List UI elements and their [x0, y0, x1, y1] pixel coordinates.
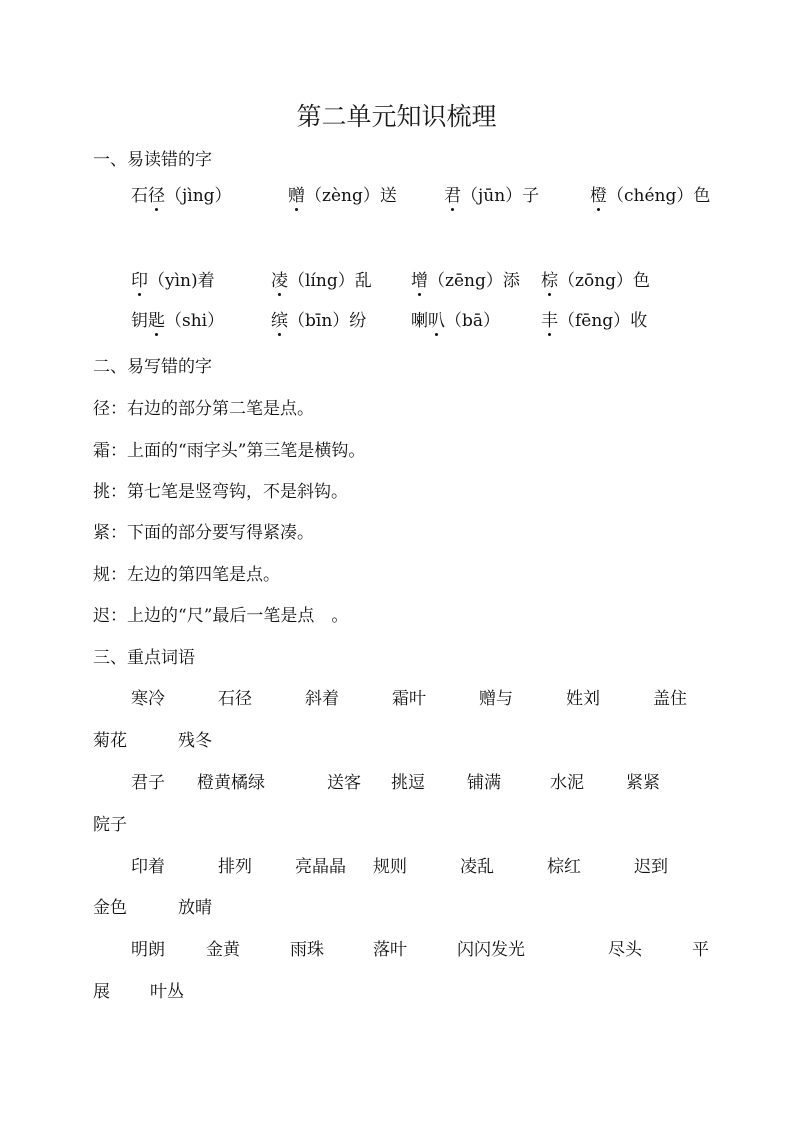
- misread-item: 君（jūn）子: [444, 185, 539, 207]
- key-word: 迟到: [634, 856, 668, 878]
- key-word: 棕红: [547, 856, 581, 878]
- key-word: 石径: [218, 688, 252, 710]
- misread-item: 丰（fēng）收: [541, 310, 647, 332]
- key-word: 紧紧: [626, 772, 660, 794]
- misread-item: 喇叭（bā）: [411, 310, 500, 332]
- key-word: 排列: [218, 856, 252, 878]
- key-word: 菊花: [93, 730, 127, 752]
- key-word: 明朗: [131, 939, 165, 961]
- section-heading-easy-miswrite: 二、易写错的字: [93, 356, 212, 378]
- misread-item: 缤（bīn）纷: [271, 310, 366, 332]
- key-word: 雨珠: [290, 939, 324, 961]
- key-word: 盖住: [653, 688, 687, 710]
- emphasis-dot-char: 丰: [541, 310, 558, 332]
- key-word: 放晴: [178, 897, 212, 919]
- key-word: 金黄: [206, 939, 240, 961]
- key-word: 姓刘: [566, 688, 600, 710]
- misread-item: 棕（zōng）色: [541, 270, 650, 292]
- key-word: 叶丛: [150, 981, 184, 1003]
- key-word: 金色: [93, 897, 127, 919]
- key-word: 铺满: [467, 772, 501, 794]
- key-word: 印着: [131, 856, 165, 878]
- emphasis-dot-char: 橙: [590, 185, 607, 207]
- miswrite-note: 迟：上边的“尺”最后一笔是点 。: [93, 605, 348, 627]
- page-title: 第二单元知识梳理: [0, 100, 793, 134]
- section-heading-key-words: 三、重点词语: [93, 647, 195, 669]
- misread-item: 橙（chéng）色: [590, 185, 710, 207]
- emphasis-dot-char: 匙: [148, 310, 165, 332]
- key-word: 院子: [93, 814, 127, 836]
- miswrite-note: 紧：下面的部分要写得紧凑。: [93, 522, 314, 544]
- key-word: 闪闪发光: [457, 939, 525, 961]
- key-word: 落叶: [373, 939, 407, 961]
- key-word: 橙黄橘绿: [197, 772, 265, 794]
- misread-item: 印（yìn)着: [131, 270, 215, 292]
- key-word: 斜着: [305, 688, 339, 710]
- misread-item: 钥匙（shi）: [131, 310, 224, 332]
- miswrite-note: 径：右边的部分第二笔是点。: [93, 398, 314, 420]
- key-word: 平: [692, 939, 709, 961]
- key-word: 赠与: [479, 688, 513, 710]
- key-word: 寒冷: [131, 688, 165, 710]
- key-word: 尽头: [608, 939, 642, 961]
- misread-item: 凌（líng）乱: [271, 270, 372, 292]
- emphasis-dot-char: 君: [444, 185, 461, 207]
- emphasis-dot-char: 径: [148, 185, 165, 207]
- miswrite-note: 挑：第七笔是竖弯钩，不是斜钩。: [93, 481, 348, 503]
- key-word: 规则: [373, 856, 407, 878]
- emphasis-dot-char: 赠: [288, 185, 305, 207]
- misread-item: 增（zēng）添: [411, 270, 520, 292]
- key-word: 君子: [131, 772, 165, 794]
- emphasis-dot-char: 叭: [428, 310, 445, 332]
- key-word: 水泥: [550, 772, 584, 794]
- miswrite-note: 霜：上面的“雨字头”第三笔是横钩。: [93, 440, 365, 462]
- key-word: 送客: [327, 772, 361, 794]
- key-word: 亮晶晶: [295, 856, 346, 878]
- emphasis-dot-char: 凌: [271, 270, 288, 292]
- key-word: 凌乱: [460, 856, 494, 878]
- emphasis-dot-char: 增: [411, 270, 428, 292]
- misread-item: 石径（jìng）: [131, 185, 232, 207]
- miswrite-note: 规：左边的第四笔是点。: [93, 564, 280, 586]
- key-word: 展: [93, 981, 110, 1003]
- misread-item: 赠（zèng）送: [288, 185, 397, 207]
- key-word: 残冬: [178, 730, 212, 752]
- section-heading-easy-misread: 一、易读错的字: [93, 149, 212, 171]
- key-word: 霜叶: [392, 688, 426, 710]
- emphasis-dot-char: 棕: [541, 270, 558, 292]
- emphasis-dot-char: 缤: [271, 310, 288, 332]
- key-word: 挑逗: [391, 772, 425, 794]
- emphasis-dot-char: 印: [131, 270, 148, 292]
